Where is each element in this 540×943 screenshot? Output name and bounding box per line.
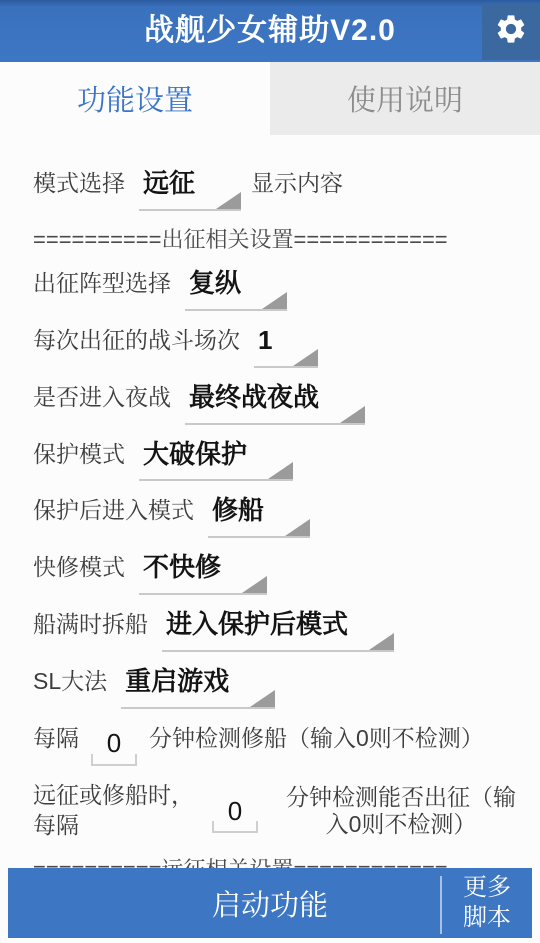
tab-function-settings[interactable]: 功能设置 xyxy=(0,62,270,135)
setting-label-mode: 模式选择 xyxy=(33,169,125,199)
number-input-repair-interval[interactable]: 0 xyxy=(91,729,137,766)
app-window: 战舰少女辅助V2.0 功能设置 使用说明 模式选择远征显示内容=========… xyxy=(0,0,540,943)
setting-label-night-battle: 是否进入夜战 xyxy=(33,383,171,413)
app-title: 战舰少女辅助V2.0 xyxy=(0,0,540,62)
number-input-expedition-interval[interactable]: 0 xyxy=(212,797,258,834)
header: 战舰少女辅助V2.0 xyxy=(0,0,540,62)
gear-icon xyxy=(494,12,528,51)
spinner-sl-method[interactable]: 重启游戏 xyxy=(121,667,275,709)
spinner-value-mode: 远征 xyxy=(143,168,195,198)
setting-row-battle-count: 每次出征的战斗场次1 xyxy=(33,326,526,368)
spinner-arrow-icon xyxy=(250,690,275,707)
tab-usage-instructions[interactable]: 使用说明 xyxy=(270,62,540,135)
spinner-formation[interactable]: 复纵 xyxy=(185,269,287,311)
spinner-battle-count[interactable]: 1 xyxy=(254,326,318,368)
spinner-full-dismantle[interactable]: 进入保护后模式 xyxy=(162,610,394,652)
spinner-value-after-protect: 修船 xyxy=(212,495,264,525)
more-scripts-button[interactable]: 更多脚本 xyxy=(442,868,532,938)
setting-row-after-protect: 保护后进入模式修船 xyxy=(33,496,526,538)
setting-label-battle-count: 每次出征的战斗场次 xyxy=(33,326,240,356)
spinner-arrow-icon xyxy=(268,462,293,479)
setting-label-after-repair-interval: 分钟检测修船（输入0则不检测） xyxy=(149,724,484,754)
setting-row-quick-repair: 快修模式不快修 xyxy=(33,553,526,595)
setting-row-expedition-interval: 远征或修船时，每隔0分钟检测能否出征（输入0则不检测） xyxy=(33,781,526,841)
spinner-value-full-dismantle: 进入保护后模式 xyxy=(166,609,348,639)
section-separator-sortie-section: ==========出征相关设置============ xyxy=(33,223,526,254)
spinner-arrow-icon xyxy=(369,633,394,650)
bottom-bar: 启动功能 更多脚本 xyxy=(8,868,532,938)
setting-row-night-battle: 是否进入夜战最终战夜战 xyxy=(33,383,526,425)
setting-label-quick-repair: 快修模式 xyxy=(33,553,125,583)
spinner-arrow-icon xyxy=(242,576,267,593)
setting-label-protect-mode: 保护模式 xyxy=(33,440,125,470)
spinner-protect-mode[interactable]: 大破保护 xyxy=(139,440,293,482)
tab-bar: 功能设置 使用说明 xyxy=(0,62,540,135)
setting-row-formation: 出征阵型选择复纵 xyxy=(33,269,526,311)
setting-label-full-dismantle: 船满时拆船 xyxy=(33,610,148,640)
spinner-arrow-icon xyxy=(285,519,310,536)
setting-label-suffix-mode: 显示内容 xyxy=(251,169,343,199)
setting-label-formation: 出征阵型选择 xyxy=(33,269,171,299)
spinner-mode[interactable]: 远征 xyxy=(139,169,241,211)
settings-button[interactable] xyxy=(482,3,540,60)
more-scripts-label: 更多脚本 xyxy=(461,873,513,933)
setting-row-mode: 模式选择远征显示内容 xyxy=(33,169,526,211)
spinner-value-night-battle: 最终战夜战 xyxy=(189,382,319,412)
spinner-after-protect[interactable]: 修船 xyxy=(208,496,310,538)
setting-row-repair-interval: 每隔0分钟检测修船（输入0则不检测） xyxy=(33,724,526,766)
setting-label-after-protect: 保护后进入模式 xyxy=(33,496,194,526)
spinner-value-formation: 复纵 xyxy=(189,268,241,298)
setting-row-protect-mode: 保护模式大破保护 xyxy=(33,440,526,482)
spinner-value-protect-mode: 大破保护 xyxy=(143,439,247,469)
setting-label-before-expedition-interval: 远征或修船时，每隔 xyxy=(33,781,200,841)
setting-label-after-expedition-interval: 分钟检测能否出征（输入0则不检测） xyxy=(276,784,526,838)
settings-list: 模式选择远征显示内容==========出征相关设置============出征… xyxy=(0,169,540,884)
spinner-night-battle[interactable]: 最终战夜战 xyxy=(185,383,365,425)
setting-row-full-dismantle: 船满时拆船进入保护后模式 xyxy=(33,610,526,652)
spinner-value-quick-repair: 不快修 xyxy=(143,552,221,582)
spinner-arrow-icon xyxy=(293,349,318,366)
setting-label-before-repair-interval: 每隔 xyxy=(33,724,79,754)
spinner-arrow-icon xyxy=(262,292,287,309)
setting-row-sl-method: SL大法重启游戏 xyxy=(33,667,526,709)
spinner-value-battle-count: 1 xyxy=(258,325,272,355)
spinner-arrow-icon xyxy=(340,406,365,423)
spinner-quick-repair[interactable]: 不快修 xyxy=(139,553,267,595)
setting-label-sl-method: SL大法 xyxy=(33,667,107,697)
spinner-value-sl-method: 重启游戏 xyxy=(125,666,229,696)
spinner-arrow-icon xyxy=(216,192,241,209)
